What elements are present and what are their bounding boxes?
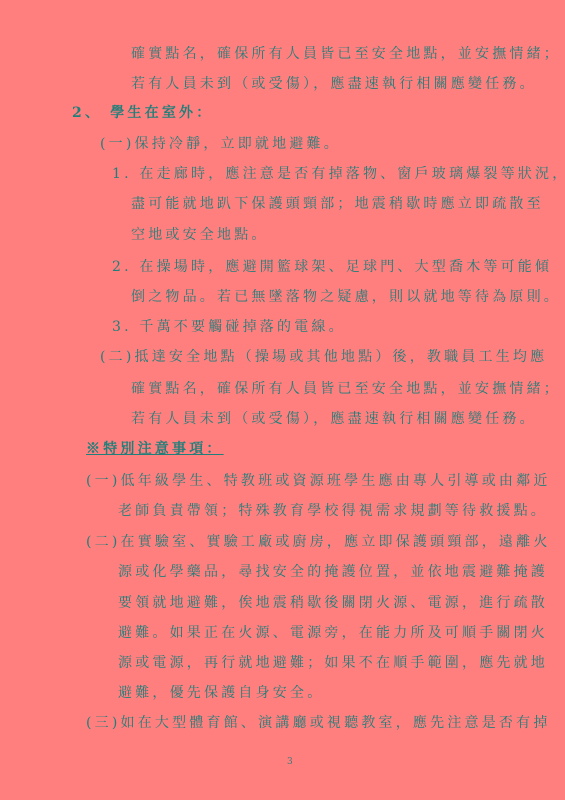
text-line: 老師負責帶領；特殊教育學校得視需求規劃等待救援點。 [118, 502, 548, 520]
text-line: 源或化學藥品，尋找安全的掩護位置，並依地震避難掩護 [118, 563, 548, 581]
text-line: 避難，優先保護自身安全。 [118, 684, 324, 702]
text-line: 確實點名，確保所有人員皆已至安全地點，並安撫情緒； [131, 380, 561, 398]
text-line: 3. 千萬不要觸碰掉落的電線。 [112, 318, 346, 336]
text-line: (二)抵達安全地點（操場或其他地點）後，教職員工生均應 [100, 348, 547, 366]
text-line: 確實點名，確保所有人員皆已至安全地點，並安撫情緒； [131, 45, 561, 63]
text-line: (一)保持冷靜，立即就地避難。 [100, 135, 341, 153]
text-line: 倒之物品。若已無墜落物之疑慮，則以就地等待為原則。 [131, 288, 561, 306]
section-heading: 2、 學生在室外： [72, 104, 213, 122]
text-line: (三)如在大型體育館、演講廳或視聽教室，應先注意是否有掉 [86, 714, 551, 732]
text-line: (二)在實驗室、實驗工廠或廚房，應立即保護頭頸部，遠離火 [86, 533, 551, 551]
text-line: (一)低年級學生、特教班或資源班學生應由專人引導或由鄰近 [86, 472, 551, 490]
text-line: 源或電源，再行就地避難；如果不在順手範圍，應先就地 [118, 654, 548, 672]
text-line: 若有人員未到（或受傷），應盡速執行相關應變任務。 [131, 410, 537, 428]
text-line: 避難。如果正在火源、電源旁，在能力所及可順手關閉火 [118, 624, 548, 642]
text-line: 1. 在走廊時，應注意是否有掉落物、窗戶玻璃爆裂等狀況， [112, 165, 565, 183]
text-line: 2. 在操場時，應避開籃球架、足球門、大型喬木等可能傾 [112, 258, 552, 276]
page-number: 3 [287, 757, 293, 767]
text-line: 若有人員未到（或受傷），應盡速執行相關應變任務。 [131, 75, 537, 93]
section-heading: ※特別注意事項： [86, 440, 224, 458]
text-line: 空地或安全地點。 [131, 226, 269, 244]
text-line: 盡可能就地趴下保護頭頸部；地震稍歇時應立即疏散至 [131, 195, 544, 213]
text-line: 要領就地避難，俟地震稍歇後關閉火源、電源，進行疏散 [118, 594, 548, 612]
